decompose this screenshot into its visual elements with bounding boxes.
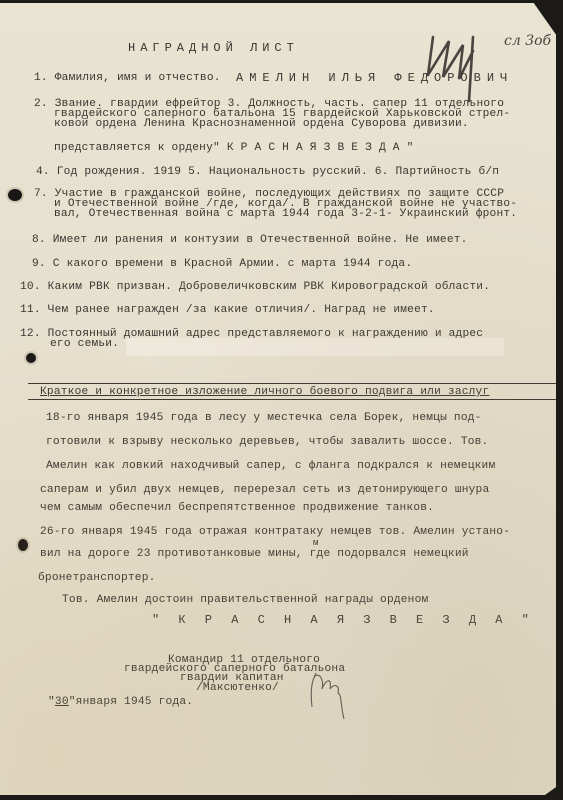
handwritten-resolution-mark (425, 31, 495, 103)
feat-line-3: Амелин как ловкий находчивый сапер, с фл… (46, 461, 495, 471)
date-month-year: "января 1945 года. (69, 696, 193, 708)
signer-name: /Максютенко/ (196, 683, 279, 693)
conclusion-line: Тов. Амелин достоин правительственной на… (62, 595, 428, 605)
commander-signature (300, 667, 360, 727)
archive-page-mark: сл 3об (504, 33, 551, 49)
field-11: 11. Чем ранее награжден /за какие отличи… (20, 305, 435, 315)
feat-line-4: саперам и убил двух немцев, перерезал се… (40, 485, 489, 495)
field-2-3-line3: ковой ордена Ленина Краснознаменной орде… (54, 119, 469, 129)
feat-section-header: Краткое и конкретное изложение личного б… (40, 387, 489, 397)
field-10: 10. Каким РВК призван. Добровеличковским… (20, 282, 490, 292)
feat-line-1: 18-го января 1945 года в лесу у местечка… (46, 413, 482, 423)
field-7-line3: вал, Отечественная война с марта 1944 го… (54, 209, 517, 219)
feat-line-7: вил на дороге 23 противотанковые мины, г… (40, 549, 469, 559)
feat-line-8: бронетранспортер. (38, 573, 156, 583)
document-title: НАГРАДНОЙ ЛИСТ (128, 41, 299, 55)
field-1-label: 1. Фамилия, имя и отчество. (34, 73, 221, 83)
presented-for-order: представляется к ордену" К Р А С Н А Я З… (54, 143, 414, 153)
feat-line-6: 26-го января 1945 года отражая контратак… (40, 527, 510, 537)
feat-line-2: готовили к взрыву несколько деревьев, чт… (46, 437, 488, 447)
date-line: "30"января 1945 года. (48, 697, 193, 707)
award-sheet-page: НАГРАДНОЙ ЛИСТ сл 3об 1. Фамилия, имя и … (0, 3, 556, 795)
punch-hole (8, 189, 22, 201)
field-12-line2: его семьи. (50, 339, 119, 349)
feat-line-5: чем самым обеспечил беспрепятственное пр… (40, 503, 434, 513)
field-9: 9. С какого времени в Красной Армии. с м… (32, 259, 412, 269)
punch-hole (18, 539, 28, 551)
field-1-value: АМЕЛИН ИЛЬЯ ФЕДОРОВИЧ (236, 73, 513, 83)
award-name: " К Р А С Н А Я З В Е З Д А " (152, 615, 535, 625)
section-divider (28, 399, 556, 400)
field-8: 8. Имеет ли ранения и контузии в Отечест… (32, 235, 468, 245)
punch-hole (26, 353, 36, 363)
date-day: 30 (55, 696, 69, 708)
field-4-6: 4. Год рождения. 1919 5. Национальность … (36, 167, 499, 177)
handwritten-correction: м (313, 538, 319, 548)
section-divider (28, 383, 556, 384)
redacted-address (126, 338, 504, 356)
